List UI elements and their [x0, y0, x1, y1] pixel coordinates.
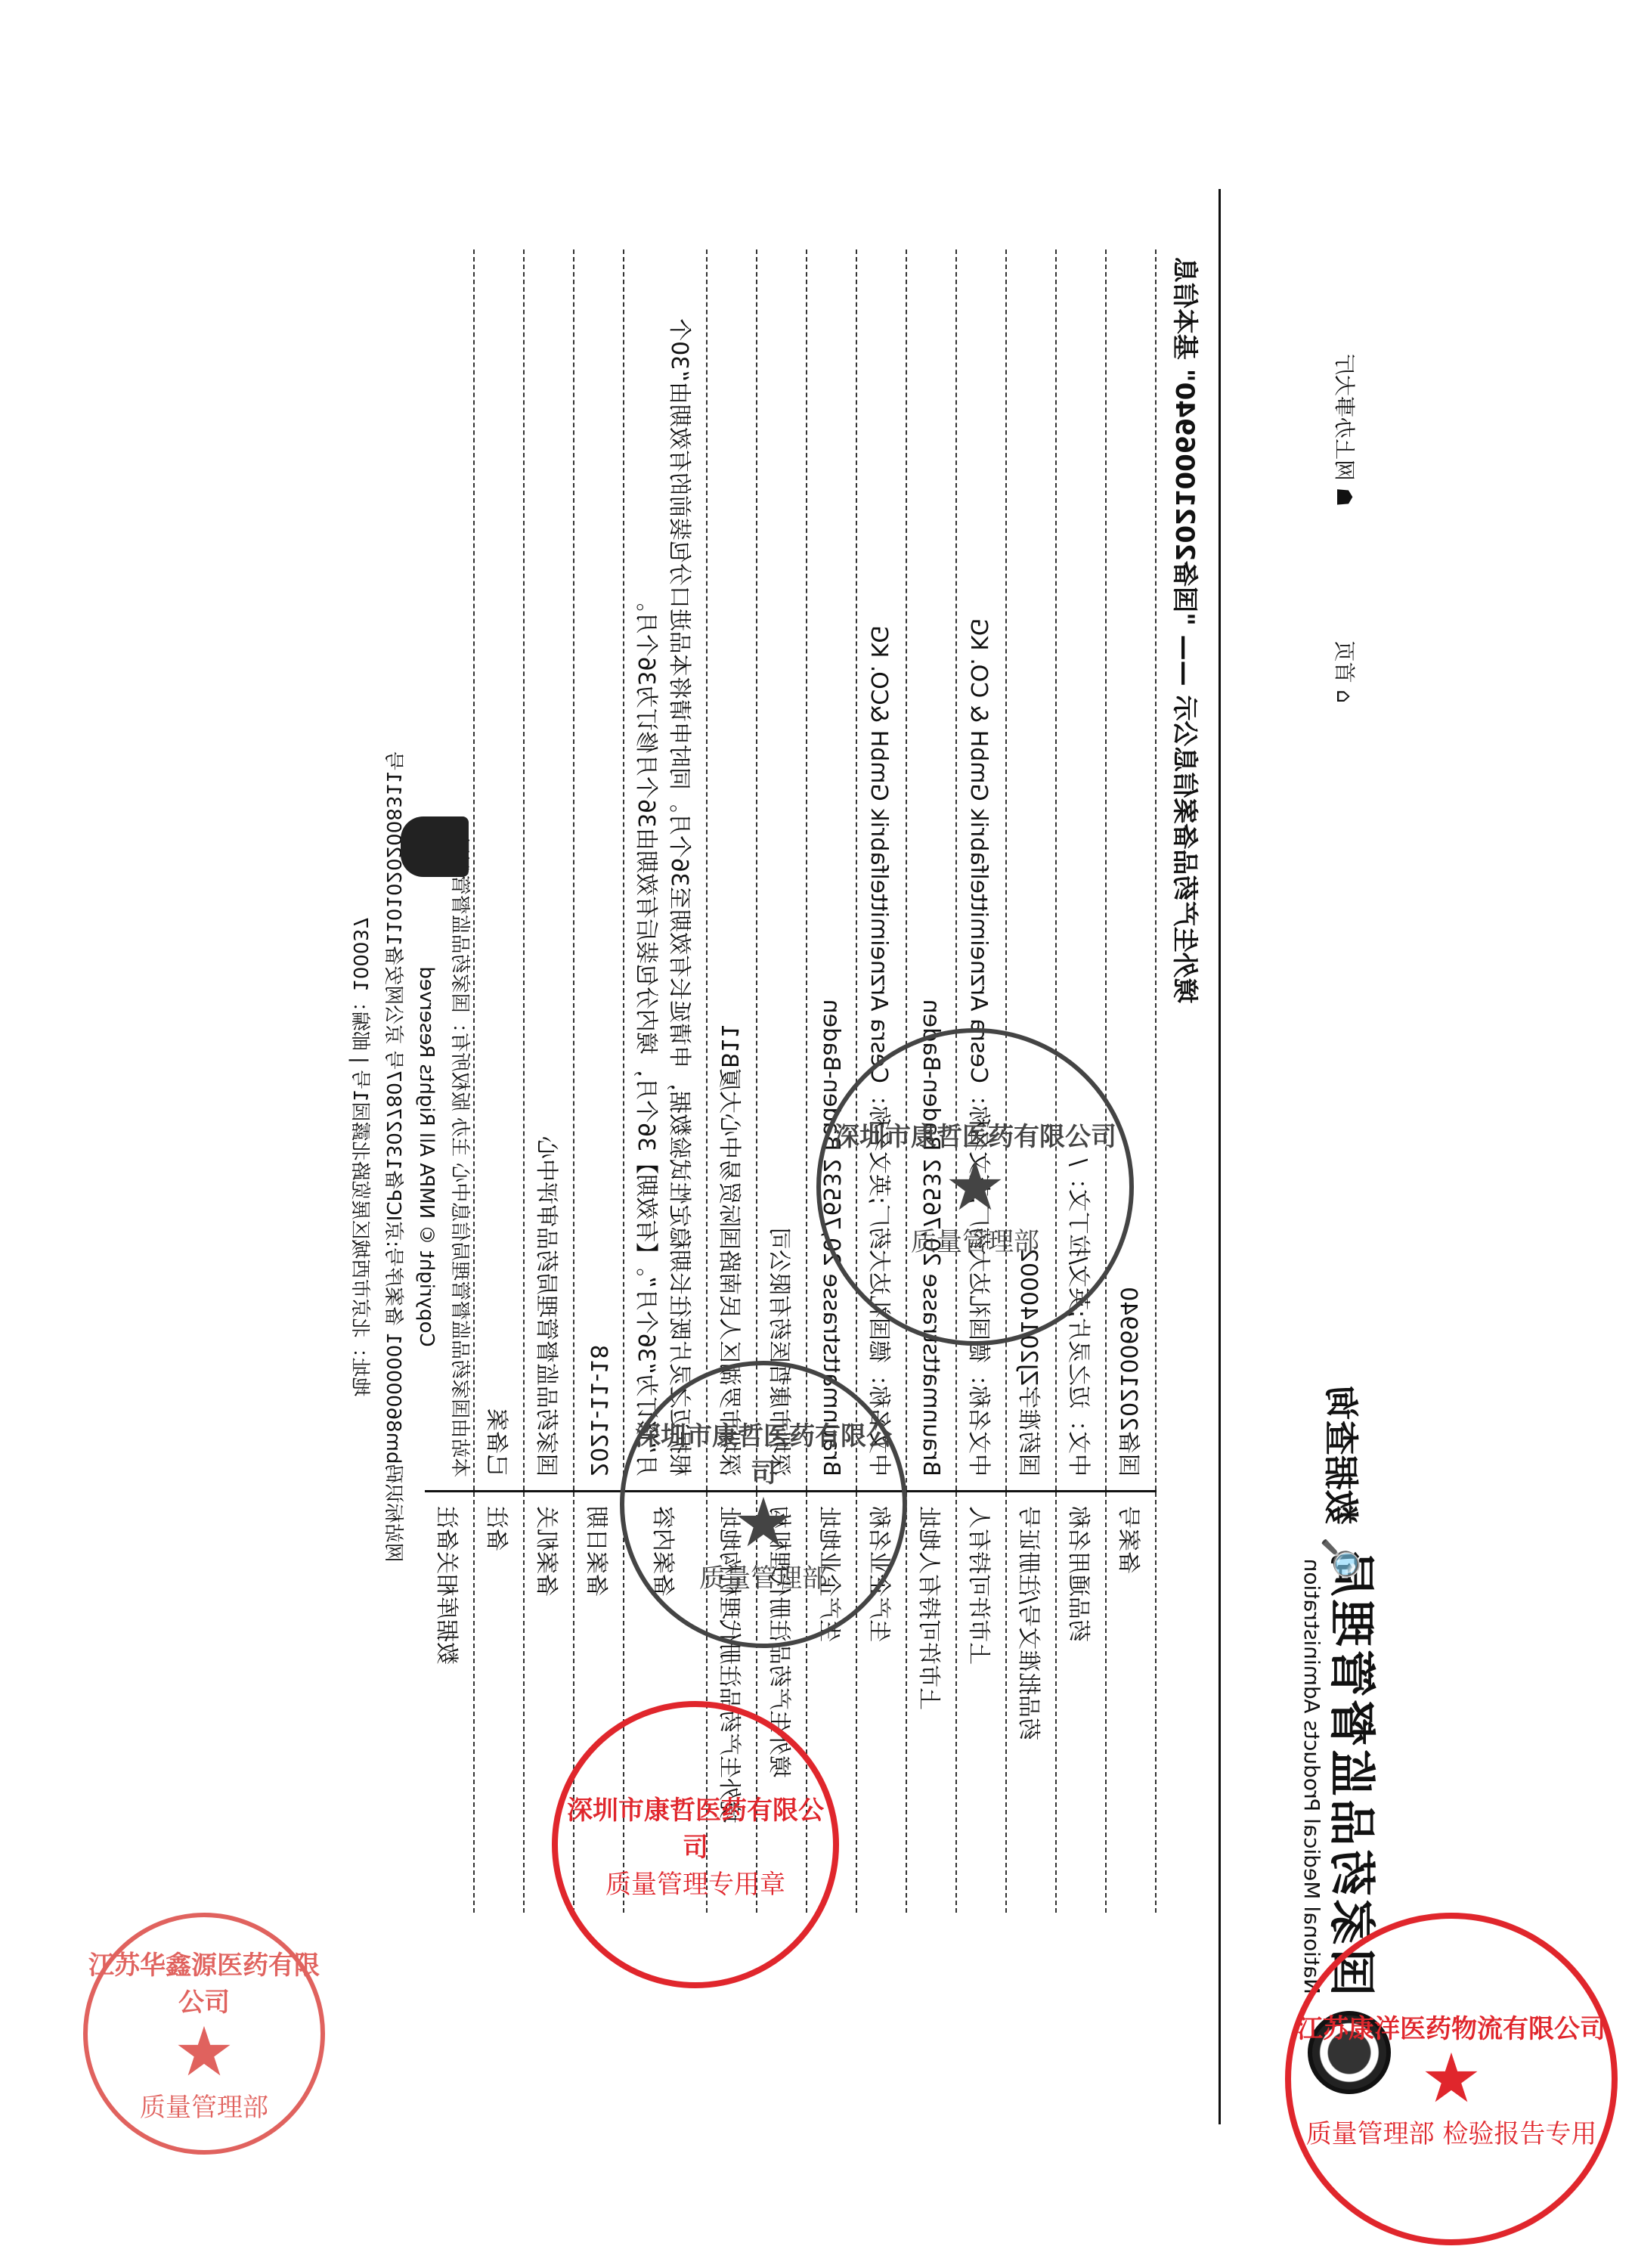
record-row: 备案号国备2021006940 — [1106, 249, 1156, 1913]
footer-icp: 网站标识码bm86000001 备案序号:京ICP备13027807号 京公网安… — [376, 189, 410, 2124]
logistics-stamp: 江苏康洋医药物流有限公司 ★ 质量管理部 检验报告专用 — [1285, 1913, 1618, 2245]
record-label: 药品批准文号/注册证号 — [1006, 1492, 1056, 1913]
record-value: 已备案 — [474, 249, 524, 1492]
agent-gray-stamp: 深圳市康哲医药有限公司 ★ 质量管理部 — [816, 1028, 1134, 1346]
star-icon: ★ — [174, 2019, 235, 2087]
footer-address: 地址：北京市西城区展览路北露园1号 | 邮编：100037 — [343, 189, 376, 2124]
site-footer: 本站由国家药品监督管理局信息中心 主办 版权所有：国家药品监督管理局 Copyr… — [343, 189, 476, 2124]
record-label: 上市许可持有人 — [956, 1492, 1006, 1913]
record-value: Braunmattstrasse 20,76532 Baden-Baden — [807, 249, 856, 1492]
record-label: 药品通用名称 — [1056, 1492, 1106, 1913]
record-label: 备案号 — [1106, 1492, 1156, 1913]
page-title: 境外生产药品备案信息公示 —— "国备2021006940" 基本信息 — [1169, 257, 1206, 1004]
record-value: 2021-11-18 — [574, 249, 624, 1492]
record-label: 上市许可持有人地址 — [906, 1492, 956, 1913]
user-icon: ☗ — [1332, 488, 1357, 507]
record-value: 国备2021006940 — [1106, 249, 1156, 1492]
star-icon: ★ — [733, 1489, 794, 1557]
site-header: 国家药品监督管理局 National Medical Products Admi… — [1270, 189, 1406, 2124]
record-label: 备注 — [474, 1492, 524, 1913]
data-query-link[interactable]: 🔍 数据查询 — [1318, 1386, 1368, 1580]
government-site-badge-icon — [401, 816, 469, 877]
footer-sponsor: 本站由国家药品监督管理局信息中心 主办 版权所有：国家药品监督管理局 — [443, 189, 476, 2124]
footer-copyright: Copyright © NMPA All Rights Reserved — [410, 189, 443, 2124]
record-row: 备案机关国家药品监督管理局药品审评中心 — [524, 249, 574, 1913]
record-value: 深圳市罗湖区人民南路国际贸易中心大厦B11 — [707, 249, 757, 1492]
record-row: 境外生产药品注册代理机构地址深圳市罗湖区人民南路国际贸易中心大厦B11 — [707, 249, 757, 1913]
nav-home[interactable]: ⌂ 首页 — [1330, 640, 1361, 703]
record-row: 备案日期2021-11-18 — [574, 249, 624, 1913]
record-value: 国家药品监督管理局药品审评中心 — [524, 249, 574, 1492]
search-icon: 🔍 — [1321, 1537, 1361, 1580]
record-value: 根据迈之灵片既往长期稳定性试验数据，申请延长有效期至36个月。同时申请将本品进口… — [624, 249, 707, 1492]
record-row: 境外生产药品注册代理机构深圳市康哲医药有限公司 — [757, 249, 807, 1913]
record-row: 生产企业地址Braunmattstrasse 20,76532 Baden-Ba… — [807, 249, 856, 1913]
home-icon: ⌂ — [1332, 689, 1357, 703]
nav-service-hall[interactable]: ☗ 网上办事大厅 — [1330, 354, 1361, 507]
header-divider — [1219, 189, 1221, 2124]
agent-red-stamp: 深圳市康哲医药有限公司 质量管理专用章 — [552, 1701, 839, 1988]
star-icon: ★ — [945, 1153, 1006, 1221]
record-row: 备案内容根据迈之灵片既往长期稳定性试验数据，申请延长有效期至36个月。同时申请将… — [624, 249, 707, 1913]
agent-gray-stamp-2: 深圳市康哲医药有限公司 ★ 质量管理部 — [620, 1361, 907, 1648]
star-icon: ★ — [1421, 2045, 1482, 2113]
record-row: 备注已备案 — [474, 249, 524, 1913]
agency-name-en: National Medical Products Administration — [1299, 1559, 1324, 1994]
huaxinyuan-stamp: 江苏华鑫源医药有限公司 ★ 质量管理部 — [83, 1913, 325, 2155]
record-value: 深圳市康哲医药有限公司 — [757, 249, 807, 1492]
